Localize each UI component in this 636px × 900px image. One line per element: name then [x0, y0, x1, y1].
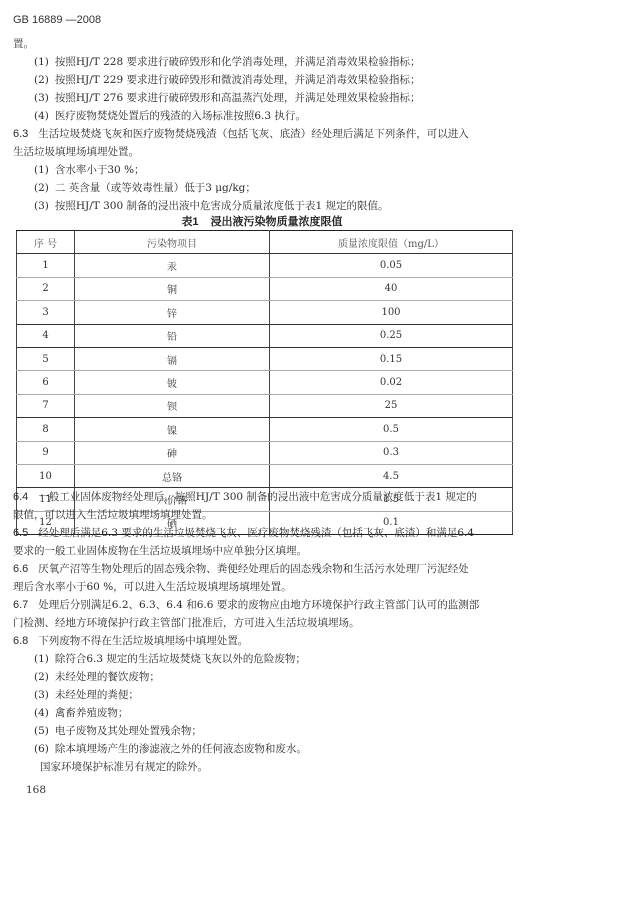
- pollutant-cell: 锌: [75, 301, 270, 324]
- section-6-5-continuation: 要求的一般工业固体废物在生活垃圾填埋场中应单独分区填埋。: [13, 544, 307, 558]
- pollutant-cell: 砷: [75, 441, 270, 464]
- list-item: (2)按照HJ/T 229 要求进行破碎毁形和微波消毒处理，并满足消毒效果检验指…: [34, 73, 421, 87]
- limit-cell: 0.5: [270, 418, 513, 441]
- section-text: 一般工业固体废物经处理后，按照HJ/T 300 制备的浸出液中危害成分质量浓度低…: [38, 491, 477, 503]
- item-number: (3): [34, 689, 49, 701]
- list-item: (6)除本填埋场产生的渗滤液之外的任何液态废物和废水。: [34, 742, 307, 756]
- limit-cell: 25: [270, 394, 513, 417]
- list-item: (1)按照HJ/T 228 要求进行破碎毁形和化学消毒处理，并满足消毒效果检验指…: [34, 55, 421, 69]
- serial-cell: 1: [17, 254, 75, 277]
- header-pollutant: 污染物项目: [75, 231, 270, 254]
- section-6-3-continuation: 生活垃圾填埋场填埋处置。: [13, 145, 139, 159]
- section-6-5: 6.5经处理后满足6.3 要求的生活垃圾焚烧飞灰、医疗废物焚烧残渣（包括飞灰、底…: [13, 526, 474, 540]
- section-text: 经处理后满足6.3 要求的生活垃圾焚烧飞灰、医疗废物焚烧残渣（包括飞灰、底渣）和…: [38, 527, 474, 539]
- serial-cell: 8: [17, 418, 75, 441]
- limit-cell: 40: [270, 277, 513, 300]
- list-item: (2)未经处理的餐饮废物；: [34, 670, 160, 684]
- table-number: 表1: [181, 216, 198, 228]
- table-title: 浸出液污染物质量浓度限值: [211, 216, 343, 228]
- section-text: 生活垃圾焚烧飞灰和医疗废物焚烧残渣（包括飞灰、底渣）经处理后满足下列条件，可以进…: [38, 128, 469, 140]
- section-number: 6.3: [13, 128, 28, 140]
- item-number: (4): [34, 110, 49, 122]
- serial-cell: 5: [17, 347, 75, 370]
- section-6-7-continuation: 门检测、经地方环境保护行政主管部门批准后，方可进入生活垃圾填埋场。: [13, 616, 360, 630]
- pollutant-cell: 铍: [75, 371, 270, 394]
- section-text: 下列废物不得在生活垃圾填埋场中填埋处置。: [38, 635, 248, 647]
- table-row: 8镍0.5: [17, 418, 513, 441]
- table-row: 5镉0.15: [17, 347, 513, 370]
- page-number: 168: [26, 784, 46, 796]
- section-6-7: 6.7处理后分别满足6.2、6.3、6.4 和6.6 要求的废物应由地方环境保护…: [13, 598, 479, 612]
- section-number: 6.5: [13, 527, 28, 539]
- pollutant-cell: 镉: [75, 347, 270, 370]
- list-item: (4)禽畜养殖废物；: [34, 706, 128, 720]
- item-number: (3): [34, 92, 49, 104]
- section-6-3: 6.3生活垃圾焚烧飞灰和医疗废物焚烧残渣（包括飞灰、底渣）经处理后满足下列条件，…: [13, 127, 469, 141]
- table-row: 1汞0.05: [17, 254, 513, 277]
- pollutant-cell: 铜: [75, 277, 270, 300]
- item-number: (3): [34, 200, 49, 212]
- list-item: (4)医疗废物焚烧处置后的残渣的入场标准按照6.3 执行。: [34, 109, 306, 123]
- item-number: (1): [34, 164, 49, 176]
- item-number: (5): [34, 725, 49, 737]
- section-6-6: 6.6厌氧产沼等生物处理后的固态残余物、粪便经处理后的固态残余物和生活污水处理厂…: [13, 562, 469, 576]
- item-number: (1): [34, 653, 49, 665]
- serial-cell: 2: [17, 277, 75, 300]
- list-item: (2)二 英含量（或等效毒性量）低于3 μg/kg；: [34, 181, 256, 195]
- table-row: 10总铬4.5: [17, 464, 513, 487]
- limit-cell: 4.5: [270, 464, 513, 487]
- section-number: 6.7: [13, 599, 28, 611]
- table-row: 6铍0.02: [17, 371, 513, 394]
- standard-code-header: GB 16889 —2008: [13, 14, 101, 26]
- item-number: (4): [34, 707, 49, 719]
- limit-cell: 0.05: [270, 254, 513, 277]
- limit-cell: 0.25: [270, 324, 513, 347]
- section-text: 厌氧产沼等生物处理后的固态残余物、粪便经处理后的固态残余物和生活污水处理厂污泥经…: [38, 563, 469, 575]
- section-6-4: 6.4一般工业固体废物经处理后，按照HJ/T 300 制备的浸出液中危害成分质量…: [13, 490, 477, 504]
- serial-cell: 4: [17, 324, 75, 347]
- list-item: (3)按照HJ/T 300 制备的浸出液中危害成分质量浓度低于表1 规定的限值。: [34, 199, 389, 213]
- item-number: (2): [34, 74, 49, 86]
- item-text: 按照HJ/T 228 要求进行破碎毁形和化学消毒处理，并满足消毒效果检验指标；: [55, 56, 421, 68]
- section-6-8: 6.8下列废物不得在生活垃圾填埋场中填埋处置。: [13, 634, 248, 648]
- item-text: 含水率小于30 %；: [55, 164, 145, 176]
- item-text: 按照HJ/T 276 要求进行破碎毁形和高温蒸汽处理，并满足处理效果检验指标；: [55, 92, 421, 104]
- item-text: 按照HJ/T 229 要求进行破碎毁形和微波消毒处理，并满足消毒效果检验指标；: [55, 74, 421, 86]
- pollutant-cell: 汞: [75, 254, 270, 277]
- table-row: 4铅0.25: [17, 324, 513, 347]
- list-item: (3)按照HJ/T 276 要求进行破碎毁形和高温蒸汽处理，并满足处理效果检验指…: [34, 91, 421, 105]
- continuation-text: 置。: [13, 37, 34, 51]
- header-serial: 序 号: [17, 231, 75, 254]
- item-text: 电子废物及其处理处置残余物；: [55, 725, 202, 737]
- item-number: (2): [34, 671, 49, 683]
- serial-cell: 10: [17, 464, 75, 487]
- item-text: 二 英含量（或等效毒性量）低于3 μg/kg；: [55, 182, 256, 194]
- serial-cell: 6: [17, 371, 75, 394]
- list-item: (1)含水率小于30 %；: [34, 163, 145, 177]
- table-row: 2铜40: [17, 277, 513, 300]
- list-item: (3)未经处理的粪便；: [34, 688, 139, 702]
- table-row: 9砷0.3: [17, 441, 513, 464]
- item-number: (6): [34, 743, 49, 755]
- item-text: 除本填埋场产生的渗滤液之外的任何液态废物和废水。: [55, 743, 307, 755]
- header-limit: 质量浓度限值（mg/L）: [270, 231, 513, 254]
- item-number: (1): [34, 56, 49, 68]
- section-6-6-continuation: 理后含水率小于60 %，可以进入生活垃圾填埋场填埋处置。: [13, 580, 292, 594]
- serial-cell: 7: [17, 394, 75, 417]
- document-page: GB 16889 —2008 置。 (1)按照HJ/T 228 要求进行破碎毁形…: [0, 0, 636, 900]
- serial-cell: 3: [17, 301, 75, 324]
- section-number: 6.8: [13, 635, 28, 647]
- item-text: 禽畜养殖废物；: [55, 707, 129, 719]
- pollutant-cell: 铅: [75, 324, 270, 347]
- table-row: 7钡25: [17, 394, 513, 417]
- pollutant-cell: 镍: [75, 418, 270, 441]
- item-number: (2): [34, 182, 49, 194]
- section-number: 6.6: [13, 563, 28, 575]
- table-caption: 表1浸出液污染物质量浓度限值: [0, 213, 524, 229]
- table-header-row: 序 号 污染物项目 质量浓度限值（mg/L）: [17, 231, 513, 254]
- table-row: 3锌100: [17, 301, 513, 324]
- list-item: (1)除符合6.3 规定的生活垃圾焚烧飞灰以外的危险废物；: [34, 652, 306, 666]
- pollutant-cell: 总铬: [75, 464, 270, 487]
- limit-cell: 0.3: [270, 441, 513, 464]
- section-text: 处理后分别满足6.2、6.3、6.4 和6.6 要求的废物应由地方环境保护行政主…: [38, 599, 479, 611]
- section-6-4-continuation: 限值，可以进入生活垃圾填埋场填埋处置。: [13, 508, 213, 522]
- item-text: 除符合6.3 规定的生活垃圾焚烧飞灰以外的危险废物；: [55, 653, 306, 665]
- section-number: 6.4: [13, 491, 28, 503]
- item-text: 未经处理的餐饮废物；: [55, 671, 160, 683]
- section-6-8-note: 国家环境保护标准另有规定的除外。: [40, 760, 208, 774]
- list-item: (5)电子废物及其处理处置残余物；: [34, 724, 202, 738]
- limit-cell: 100: [270, 301, 513, 324]
- limit-cell: 0.15: [270, 347, 513, 370]
- pollutant-cell: 钡: [75, 394, 270, 417]
- item-text: 按照HJ/T 300 制备的浸出液中危害成分质量浓度低于表1 规定的限值。: [55, 200, 389, 212]
- serial-cell: 9: [17, 441, 75, 464]
- item-text: 医疗废物焚烧处置后的残渣的入场标准按照6.3 执行。: [55, 110, 306, 122]
- limit-cell: 0.02: [270, 371, 513, 394]
- item-text: 未经处理的粪便；: [55, 689, 139, 701]
